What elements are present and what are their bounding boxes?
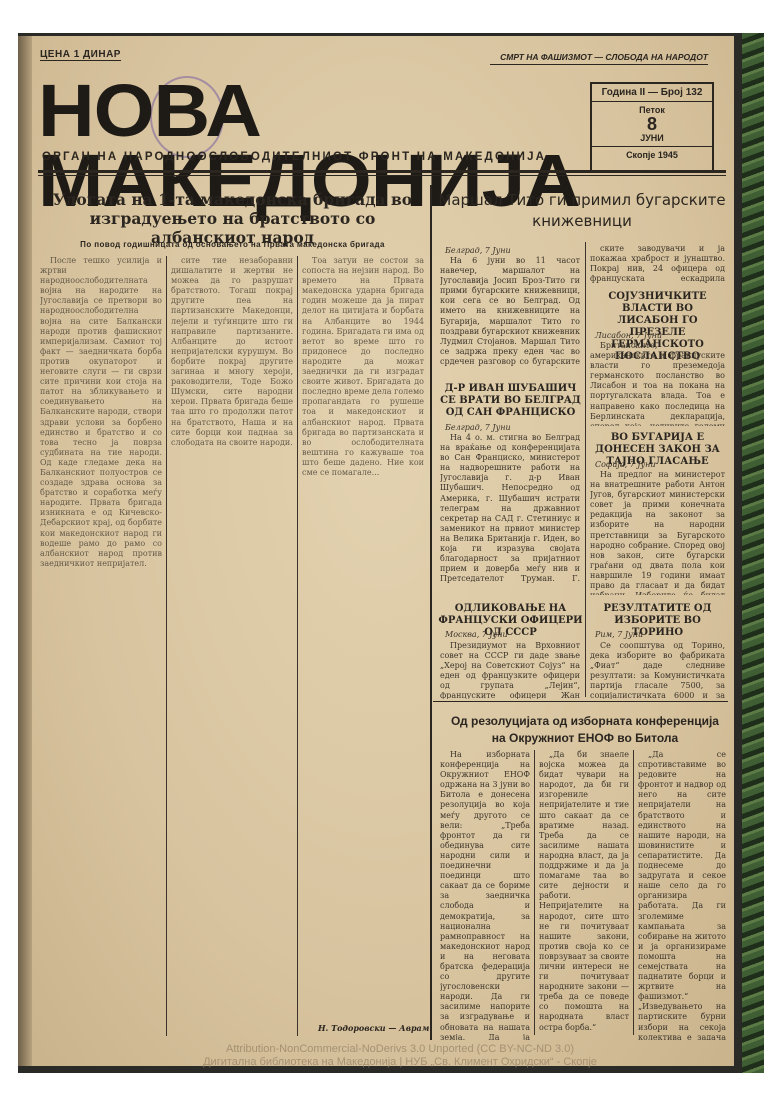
article-dateline: Софија, 7 Јуни [595,460,656,469]
article-body: Се соопштува од Торино, дека изборите во… [590,641,725,699]
article-body: Президиумот на Врховниот совет на СССР г… [440,641,580,699]
masthead-rule-thin [38,175,726,176]
tito-dateline: Белград, 7 Јуни [445,246,511,255]
article-dateline: Лисабон, 7 Јуни [595,331,662,340]
tito-headline: Маршал Тито ги примил бугарските книжевн… [437,190,727,232]
lead-col-2: сите тие незаборавни дишалатите и жертви… [171,256,293,1046]
resolution-headline: Од резолуцијата од изборната конференциј… [445,713,725,747]
tito-body-continued: ските заводувачи и ја покажаа храброст и… [590,244,725,284]
article-body: На 4 о. м. стигна во Белград на враќање … [440,433,580,583]
lead-signature: Н. Тодоровски — Аврам [318,1023,429,1033]
column-divider [297,256,298,1036]
lead-col-3: Тоа затуи не состои за сопоста на нејзин… [302,256,424,1021]
resolution-col-3: „Да се спротивставиме во редовите на фро… [638,750,726,1040]
article-body: Британските, американските и француските… [590,341,725,426]
masthead-subtitle: ОРГАН НА НАРОДНООСЛОБОДИТЕЛНИОТ ФРОНТ НА… [42,151,546,163]
column-divider [585,242,586,697]
article-dateline: Белград, 7 Јуни [445,423,511,432]
issue-day: 8 [592,115,712,133]
library-credit: Дигитална библиотека на Македонија | НУБ… [190,1056,610,1069]
resolution-col-1: На изборната конференција на Окружниот Е… [440,750,530,1040]
binding-spine [18,36,32,1066]
column-divider [166,256,167,1036]
lead-headline: Улогата на 1-та македонска бригада во из… [40,190,425,247]
price-label: ЦЕНА 1 ДИНАР [40,49,121,61]
issue-month: ЈУНИ [592,133,712,147]
lead-col-1: После тешко усилија и жртви народноослоб… [40,256,162,1046]
issue-info-box: Година II — Број 132 Петок 8 ЈУНИ Скопје… [590,82,714,172]
motto-label: СМРТ НА ФАШИЗМОТ — СЛОБОДА НА НАРОДОТ [490,52,708,65]
article-headline: Д-Р ИВАН ШУБАШИЧ СЕ ВРАТИ ВО БЕЛГРАД ОД … [438,383,583,419]
issue-year-number: Година II — Број 132 [592,84,712,102]
license-text: Attribution-NonCommercial-NoDerivs 3.0 U… [190,1043,610,1056]
article-body: На предлог на министерот на внатрешните … [590,470,725,595]
license-watermark: Attribution-NonCommercial-NoDerivs 3.0 U… [190,1043,610,1069]
resolution-col-2: „Да би знаеле војска можеа да бидат чува… [539,750,629,1040]
article-dateline: Москва, 7 Јуни [445,630,508,639]
column-divider [534,750,535,1035]
lead-subheadline: По повод годишницата од основањето на Пр… [40,240,425,249]
section-rule [433,701,728,702]
article-dateline: Рим, 7 Јуни [595,630,643,639]
column-divider [633,750,634,1035]
tito-body: На 6 јуни во 11 часот навечер, маршалот … [440,256,580,368]
issue-place-year: Скопје 1945 [592,147,712,160]
section-divider [430,185,432,1040]
masthead-rule [38,170,726,173]
